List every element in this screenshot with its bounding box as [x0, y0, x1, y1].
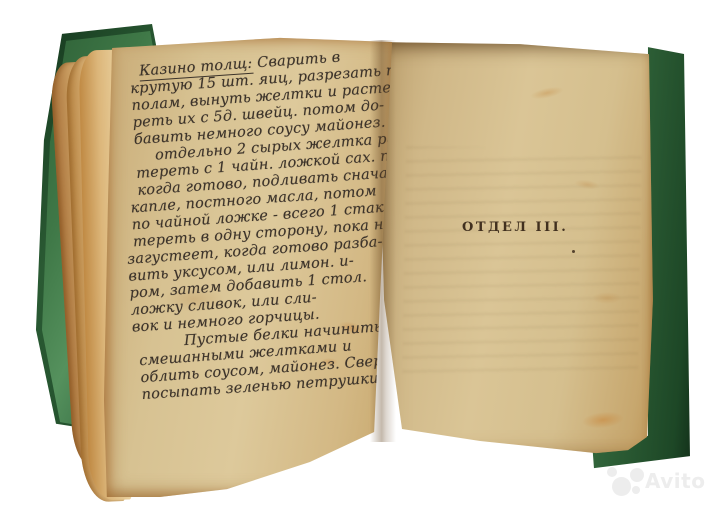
- avito-logo-circle: [630, 468, 644, 482]
- left-page: Казино толщ: Сварить в крутую 15 шт. яиц…: [104, 36, 392, 497]
- section-heading: ОТДЕЛ III.: [462, 220, 568, 235]
- paper-stain: [592, 292, 622, 304]
- avito-watermark-label: Avito: [645, 469, 705, 493]
- right-page: ОТДЕЛ III.: [378, 40, 654, 456]
- paper-stain: [529, 85, 564, 102]
- avito-logo-circle: [612, 477, 631, 496]
- print-showthrough: [402, 146, 642, 378]
- avito-logo-circle: [607, 467, 617, 477]
- avito-logo-circle: [632, 486, 640, 494]
- book-photo: ОТДЕЛ III. Казино толщ: Сварить в крутую…: [0, 0, 720, 509]
- paper-stain: [581, 410, 624, 430]
- ink-speck: [572, 250, 575, 253]
- book-gutter: [370, 40, 396, 442]
- avito-watermark: Avito: [597, 462, 717, 506]
